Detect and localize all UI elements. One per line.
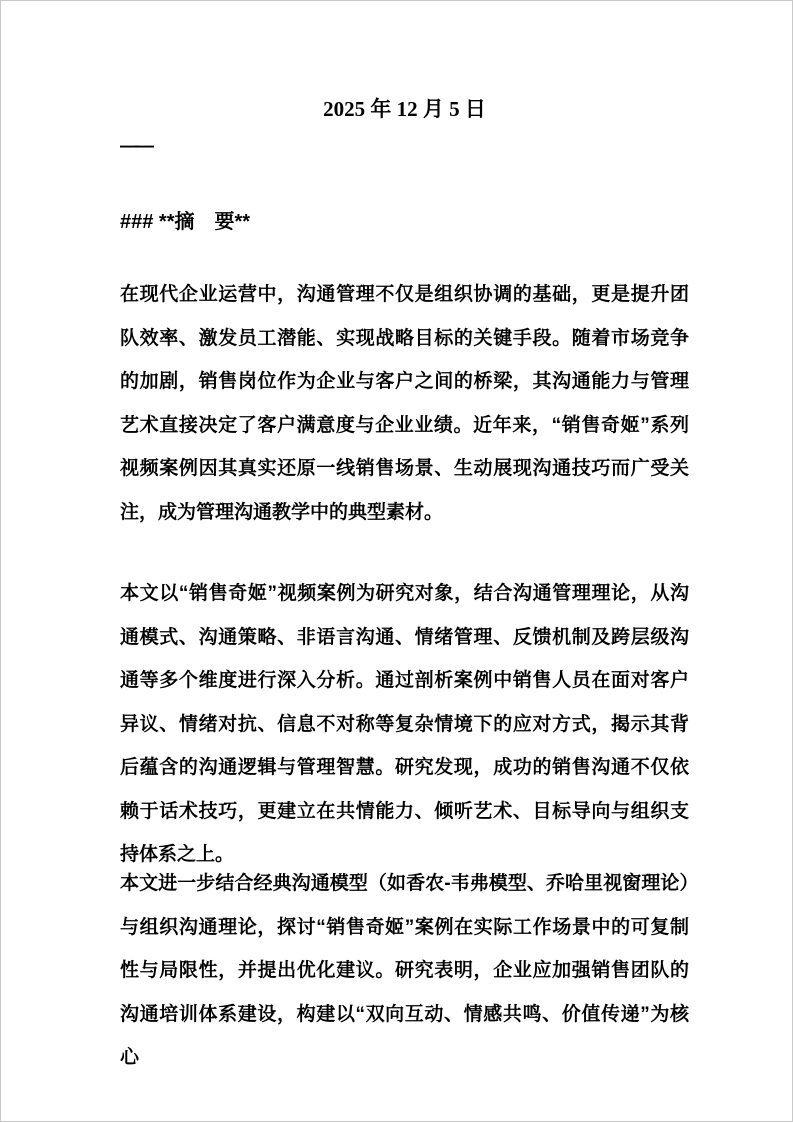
abstract-heading: ### **摘 要** bbox=[120, 209, 250, 235]
document-date: 2025 年 12 月 5 日 bbox=[120, 96, 689, 122]
abstract-paragraph-2: 本文以“销售奇姬”视频案例为研究对象，结合沟通管理理论，从沟通模式、沟通策略、非… bbox=[120, 572, 689, 877]
abstract-paragraph-1: 在现代企业运营中，沟通管理不仅是组织协调的基础，更是提升团队效率、激发员工潜能、… bbox=[120, 273, 689, 534]
separator-dashes: —— bbox=[120, 134, 150, 160]
document-page: 2025 年 12 月 5 日 —— ### **摘 要** 在现代企业运营中，… bbox=[0, 0, 793, 1122]
abstract-paragraph-3: 本文进一步结合经典沟通模型（如香农-韦弗模型、乔哈里视窗理论）与组织沟通理论，探… bbox=[120, 862, 689, 1080]
